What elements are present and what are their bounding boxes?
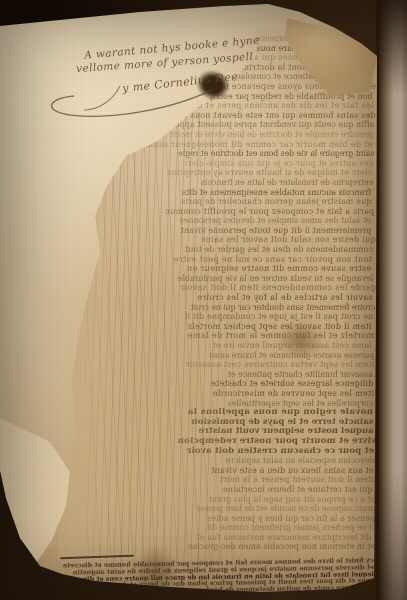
- manuscript-photo: ou nom de dieu cy commence la table de c…: [0, 0, 407, 600]
- photo-vignette: [0, 0, 407, 600]
